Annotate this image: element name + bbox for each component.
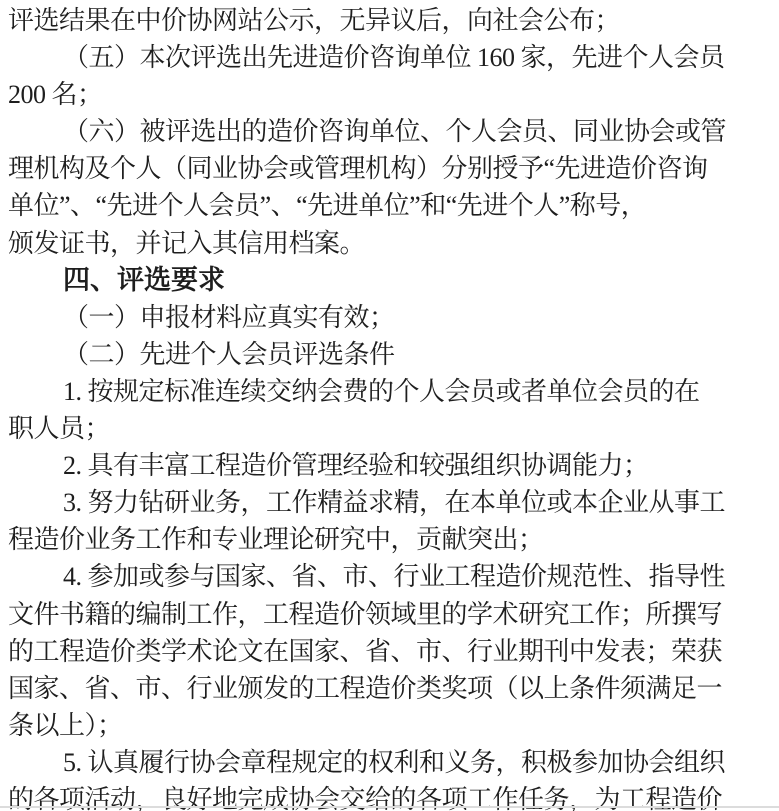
section-heading: 四、评选要求 [8,262,768,299]
text-line: 国家、省、市、行业颁发的工程造价类奖项（以上条件须满足一 [8,670,768,707]
text-line: 1. 按规定标准连续交纳会费的个人会员或者单位会员的在 [8,373,768,410]
document-page: 评选结果在中价协网站公示，无异议后，向社会公布； （五）本次评选出先进造价咨询单… [0,0,779,811]
text-line: （一）申报材料应真实有效； [8,299,768,336]
text-line: 文件书籍的编制工作，工程造价领域里的学术研究工作；所撰写 [8,596,768,633]
text-line: 颁发证书，并记入其信用档案。 [8,225,768,262]
document-text-block: 评选结果在中价协网站公示，无异议后，向社会公布； （五）本次评选出先进造价咨询单… [8,2,768,811]
text-line: 3. 努力钻研业务，工作精益求精，在本单位或本企业从事工 [8,484,768,521]
text-line: 评选结果在中价协网站公示，无异议后，向社会公布； [8,2,768,39]
text-line: 条以上）； [8,707,768,744]
page-bottom-divider [0,806,779,808]
text-line: 程造价业务工作和专业理论研究中，贡献突出； [8,521,768,558]
text-line: 2. 具有丰富工程造价管理经验和较强组织协调能力； [8,447,768,484]
text-line: 5. 认真履行协会章程规定的权利和义务，积极参加协会组织 [8,744,768,781]
text-line: （二）先进个人会员评选条件 [8,336,768,373]
text-line: 职人员； [8,410,768,447]
text-line: 的工程造价类学术论文在国家、省、市、行业期刊中发表；荣获 [8,633,768,670]
text-line: 4. 参加或参与国家、省、市、行业工程造价规范性、指导性 [8,558,768,595]
text-line: 单位”、“先进个人会员”、“先进单位”和“先进个人”称号， [8,187,768,224]
text-line: （六）被评选出的造价咨询单位、个人会员、同业协会或管 [8,113,768,150]
text-line: 理机构及个人（同业协会或管理机构）分别授予“先进造价咨询 [8,150,768,187]
text-line: （五）本次评选出先进造价咨询单位 160 家，先进个人会员 [8,39,768,76]
text-line: 200 名； [8,76,768,113]
